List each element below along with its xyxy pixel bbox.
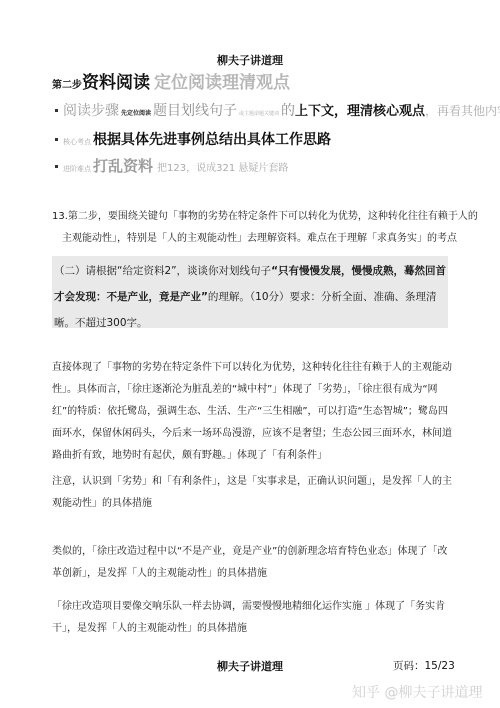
step-heading: 第二步资料阅读定位阅读理清观点 — [52, 68, 290, 93]
bullet-label: 进阶难点 — [63, 164, 91, 174]
bullet-label: 核心考点 — [63, 137, 91, 147]
zhihu-watermark: 知乎 @柳夫子讲道理 — [352, 682, 482, 702]
question-box: （二）请根据“给定资料2”，谈谈你对划线句子“只有慢慢发展，慢慢成熟，蓦然回首才… — [52, 256, 448, 328]
answer-paragraph-4: 「徐庄改造项目要像交响乐队一样去协调，需要慢慢地精细化运作实施 」体现了「务实肯… — [52, 596, 452, 640]
intro-line-1: 13.第二步，要围绕关键句「事物的劣势在特定条件下可以转化为优势，这种转化往往有… — [52, 206, 472, 228]
step-subtitle: 定位阅读理清观点 — [154, 73, 290, 93]
bullet-core-point: 核心考点 根据具体先进事例总结出具体工作思路 — [55, 129, 331, 149]
question-text-part1: （二）请根据“给定资料2”，谈谈你对划线句子 — [54, 265, 271, 277]
bullet-mid-text: 题目划线句子 — [153, 100, 237, 120]
bullet-label: 阅读步骤 — [63, 100, 119, 120]
bullet-dot-icon — [55, 138, 58, 141]
bullet-reading-steps: 阅读步骤 先定位阅读 题目划线句子 或主题命题关键词 的 上下文，理清核心观点 … — [55, 100, 500, 120]
step-prefix: 第二步 — [52, 80, 82, 91]
step-main-title: 资料阅读 — [82, 73, 150, 93]
bullet-dot-icon — [55, 109, 58, 112]
bullet-tail: 把123，说成321 悬疑片套路 — [157, 159, 288, 174]
bullet-tail: ，再看其他内容 — [425, 102, 500, 119]
bullet-emphasis: 根据具体先进事例总结出具体工作思路 — [93, 129, 331, 149]
page-number: 页码：15/23 — [393, 658, 455, 673]
bullet-emphasis: 上下文，理清核心观点 — [295, 100, 425, 119]
answer-paragraph-3: 类似的，「徐庄改造过程中以“不是产业，竟是产业”的创新理念培育特色业态」体现了「… — [52, 541, 452, 585]
bullet-dot-icon — [55, 165, 58, 168]
page-header-title: 柳夫子讲道理 — [0, 52, 500, 68]
bullet-small-bold: 先定位阅读 — [121, 108, 151, 117]
intro-line-2: 主观能动性」，特别是「人的主观能动性」去理解资料。难点在于理解「求真务实」的考点 — [62, 228, 462, 250]
bullet-advanced-difficulty: 进阶难点 打乱资料 把123，说成321 悬疑片套路 — [55, 155, 288, 176]
bullet-emphasis: 打乱资料 — [93, 155, 153, 176]
answer-paragraph-1: 直接体现了「事物的劣势在特定条件下可以转化为优势，这种转化往往有赖于人的主观能动… — [52, 357, 452, 467]
bullet-tiny-text: 或主题命题关键词 — [239, 110, 279, 117]
answer-paragraph-2: 注意，认识到「劣势」和「有利条件」，这是「实事求是，正确认识问题」，是发挥「人的… — [52, 471, 452, 515]
bullet-emph-pre: 的 — [281, 100, 295, 120]
